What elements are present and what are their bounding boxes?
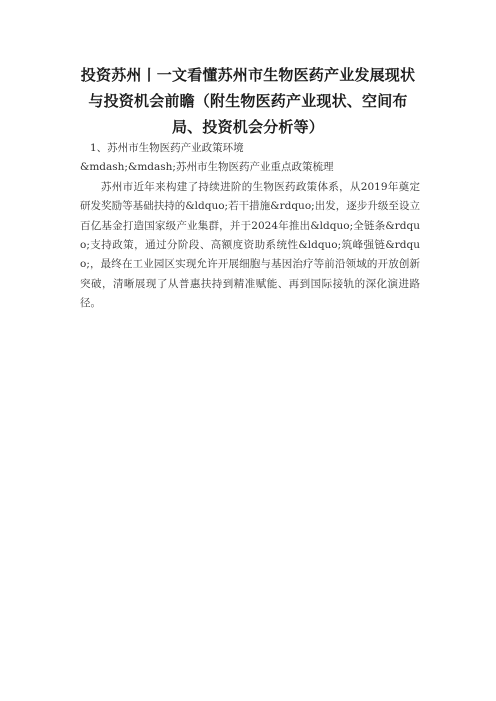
document-title: 投资苏州丨一文看懂苏州市生物医药产业发展现状与投资机会前瞻（附生物医药产业现状、… bbox=[76, 62, 420, 140]
document-body: 1、苏州市生物医药产业政策环境 &mdash;&mdash;苏州市生物医药产业重… bbox=[80, 139, 420, 314]
body-paragraph: 苏州市近年来构建了持续进阶的生物医药政策体系，从2019年奠定研发奖励等基础扶持… bbox=[80, 178, 420, 314]
section-heading: 1、苏州市生物医药产业政策环境 bbox=[80, 139, 420, 158]
document-page: 投资苏州丨一文看懂苏州市生物医药产业发展现状与投资机会前瞻（附生物医药产业现状、… bbox=[0, 0, 496, 701]
subheading: &mdash;&mdash;苏州市生物医药产业重点政策梳理 bbox=[80, 158, 420, 177]
